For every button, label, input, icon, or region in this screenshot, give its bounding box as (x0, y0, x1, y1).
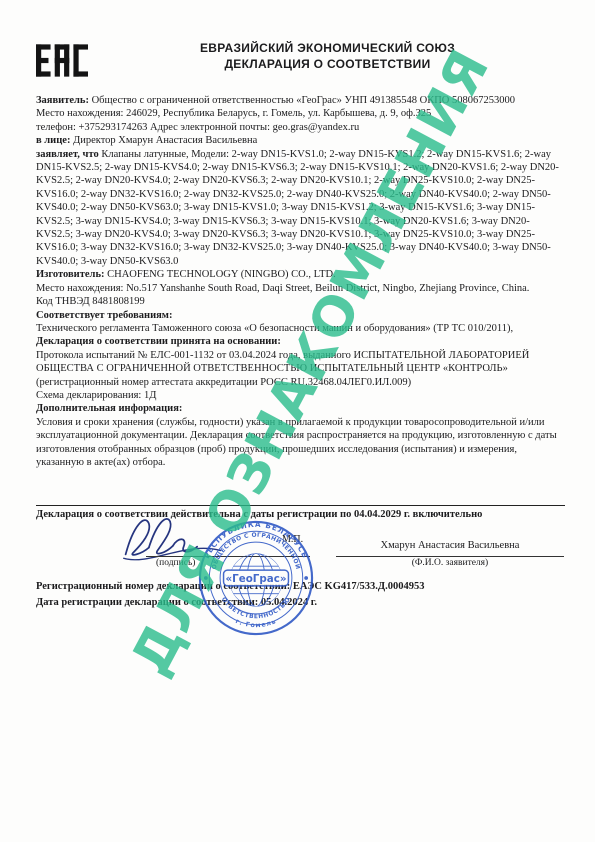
additional-heading: Дополнительная информация: (36, 402, 565, 415)
fio-line (336, 556, 564, 557)
signature-caption: (подпись) (156, 558, 195, 568)
tnved-code: Код ТНВЭД 8481808199 (36, 295, 565, 308)
applicant-label: Заявитель: (36, 95, 89, 106)
applicant-fio: Хмарун Анастасия Васильевна (336, 540, 564, 551)
applicant-text: Общество с ограниченной ответственностью… (92, 95, 515, 106)
basis-heading: Декларация о соответствии принята на осн… (36, 335, 565, 348)
person-text: Директор Хмарун Анастасия Васильевна (73, 135, 257, 146)
stamp-center-text: «ГеоГрас» (226, 573, 287, 585)
manufacturer-label: Изготовитель: (36, 269, 105, 280)
fio-caption: (Ф.И.О. заявителя) (336, 558, 564, 568)
divider-line (36, 505, 565, 506)
declaration-page: ЕВРАЗИЙСКИЙ ЭКОНОМИЧЕСКИЙ СОЮЗ ДЕКЛАРАЦИ… (0, 0, 595, 842)
basis-text: Протокола испытаний № ЕЛС-001-1132 от 03… (36, 349, 565, 389)
declares-line: заявляет, что Клапаны латунные, Модели: … (36, 148, 565, 269)
applicant-line: Заявитель: Общество с ограниченной ответ… (36, 94, 565, 107)
document-header: ЕВРАЗИЙСКИЙ ЭКОНОМИЧЕСКИЙ СОЮЗ ДЕКЛАРАЦИ… (70, 40, 585, 72)
requirements-heading: Соответствует требованиям: (36, 309, 565, 322)
manufacturer-line: Изготовитель: CHAOFENG TECHNOLOGY (NINGB… (36, 268, 565, 281)
union-title: ЕВРАЗИЙСКИЙ ЭКОНОМИЧЕСКИЙ СОЮЗ (70, 40, 585, 56)
document-body: Заявитель: Общество с ограниченной ответ… (36, 94, 565, 469)
scheme-line: Схема декларирования: 1Д (36, 389, 565, 402)
person-line: в лице: Директор Хмарун Анастасия Василь… (36, 134, 565, 147)
additional-text: Условия и сроки хранения (службы, годнос… (36, 416, 565, 470)
requirements-text: Технического регламента Таможенного союз… (36, 322, 565, 335)
manufacturer-address: Место нахождения: No.517 Yanshanhe South… (36, 282, 565, 295)
applicant-address: Место нахождения: 246029, Республика Бел… (36, 107, 565, 120)
company-round-stamp: РЕСПУБЛИКА БЕЛАРУСЬ г. Гомель ОБЩЕСТВО С… (197, 519, 315, 637)
document-title: ДЕКЛАРАЦИЯ О СООТВЕТСТВИИ (70, 56, 585, 72)
declares-label: заявляет, что (36, 149, 99, 160)
applicant-contacts: телефон: +375293174263 Адрес электронной… (36, 121, 565, 134)
manufacturer-text: CHAOFENG TECHNOLOGY (NINGBO) CO., LTD. (107, 269, 336, 280)
person-label: в лице: (36, 135, 70, 146)
product-models: Клапаны латунные, Модели: 2-way DN15-KVS… (36, 149, 559, 267)
